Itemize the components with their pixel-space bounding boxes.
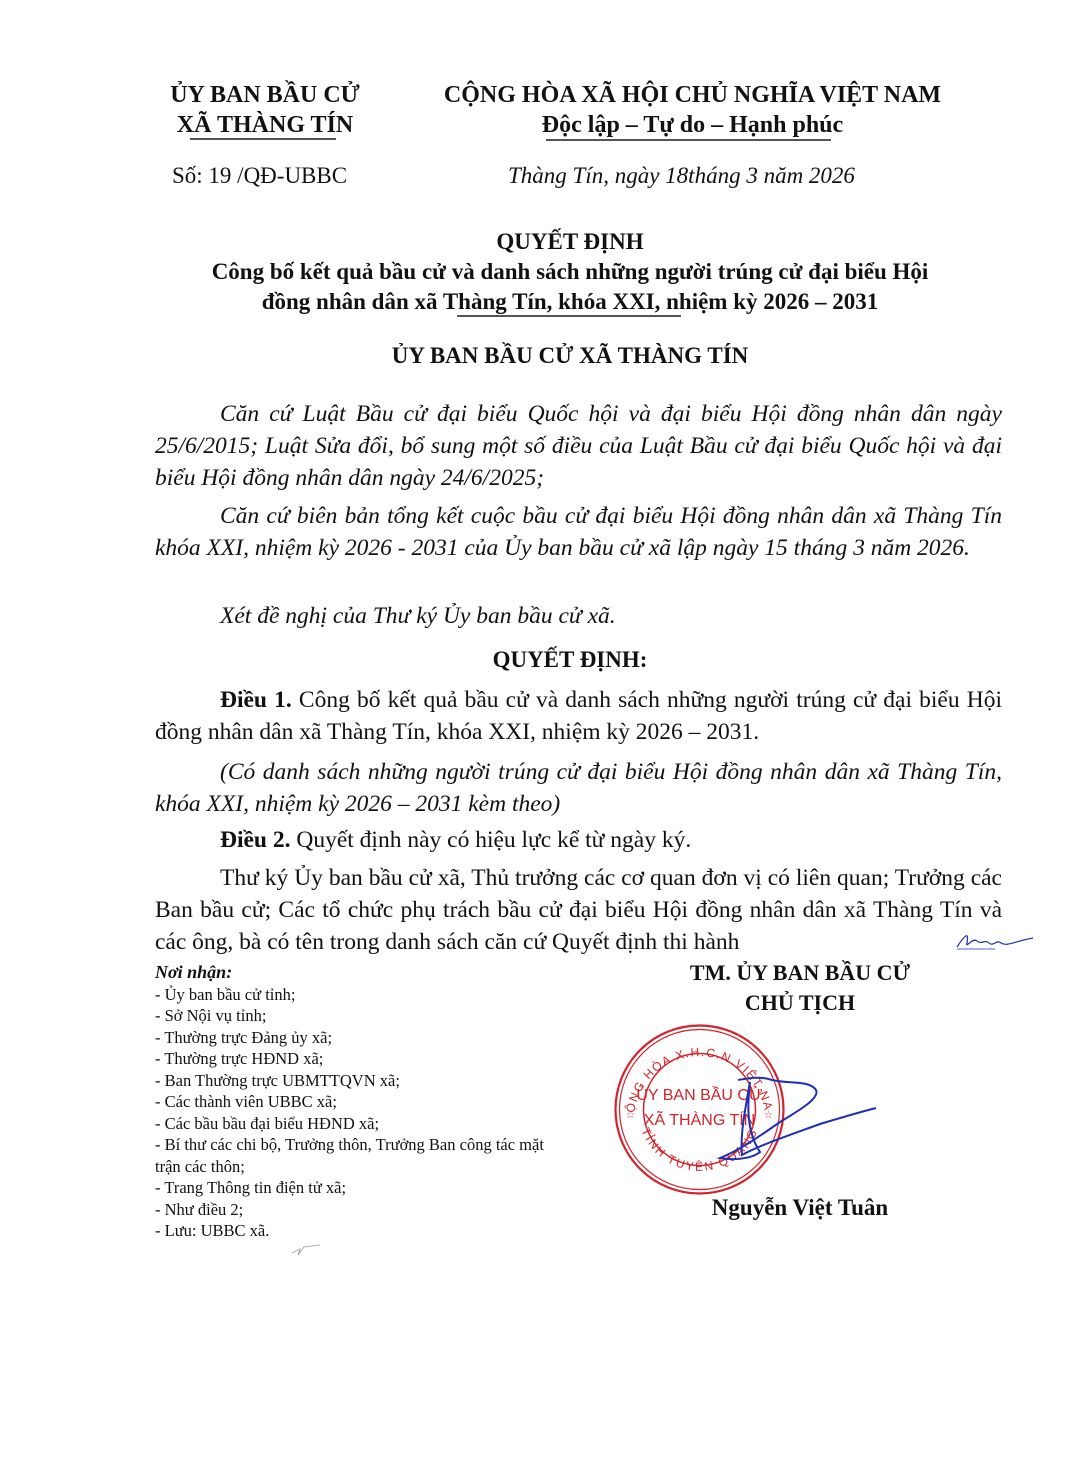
title-underline (457, 315, 681, 317)
handwritten-signature-icon (700, 1040, 900, 1210)
recipients-list: Nơi nhận: - Ủy ban bầu cử tỉnh; - Sở Nội… (155, 962, 585, 1242)
signature-block: TM. ỦY BAN BẦU CỬ CHỦ TỊCH (620, 958, 980, 1018)
nation-title: CỘNG HÒA XÃ HỘI CHỦ NGHĨA VIỆT NAM (400, 80, 985, 110)
recipient-item: - Sở Nội vụ tỉnh; (155, 1005, 585, 1027)
recipient-item: - Các thành viên UBBC xã; (155, 1091, 585, 1113)
recipient-item: - Ban Thường trực UBMTTQVN xã; (155, 1070, 585, 1092)
recipient-item: - Ủy ban bầu cử tỉnh; (155, 984, 585, 1006)
issuer-header: ỦY BAN BẦU CỬ XÃ THÀNG TÍN (140, 80, 390, 140)
article-1: Điều 1. Công bố kết quả bầu cử và danh s… (155, 684, 1002, 748)
document-number: Số: 19 /QĐ-UBBC (172, 163, 347, 189)
on-behalf-label: TM. ỦY BAN BẦU CỬ (620, 958, 980, 988)
article-2-label: Điều 2. (220, 827, 291, 853)
recipient-item: - Thường trực Đảng ủy xã; (155, 1027, 585, 1049)
recipient-item: - Các bầu bầu đại biểu HĐND xã; (155, 1113, 585, 1135)
article-1-note: (Có danh sách những người trúng cử đại b… (155, 756, 1002, 820)
issuer-underline (190, 138, 336, 140)
recipient-item: - Bí thư các chi bộ, Trưởng thôn, Trưởng… (155, 1134, 565, 1177)
recipient-item: - Lưu: UBBC xã. (155, 1220, 585, 1242)
preamble-legal-basis-1: Căn cứ Luật Bầu cử đại biểu Quốc hội và … (155, 398, 1002, 494)
execution-clause: Thư ký Ủy ban bầu cử xã, Thủ trưởng các … (155, 862, 1002, 958)
subject-line-2: đồng nhân dân xã Thàng Tín, khóa XXI, nh… (140, 287, 1000, 317)
national-header: CỘNG HÒA XÃ HỘI CHỦ NGHĨA VIỆT NAM Độc l… (400, 80, 985, 140)
national-motto: Độc lập – Tự do – Hạnh phúc (400, 110, 985, 140)
initials-mark-icon (290, 1243, 330, 1258)
motto-underline (546, 139, 831, 141)
place-date: Thàng Tín, ngày 18tháng 3 năm 2026 (508, 163, 855, 189)
preamble-proposal: Xét đề nghị của Thư ký Ủy ban bầu cử xã. (155, 600, 1002, 632)
decision-heading: QUYẾT ĐỊNH: (140, 647, 1000, 673)
signer-name: Nguyễn Việt Tuân (620, 1195, 980, 1221)
initials-mark-icon (955, 925, 1035, 955)
svg-text:☆: ☆ (626, 1110, 635, 1121)
position-label: CHỦ TỊCH (620, 988, 980, 1018)
document-kind: QUYẾT ĐỊNH (140, 227, 1000, 257)
article-1-label: Điều 1. (220, 687, 292, 713)
recipient-item: - Như điều 2; (155, 1199, 585, 1221)
article-2: Điều 2. Quyết định này có hiệu lực kể từ… (155, 824, 1002, 856)
recipients-heading: Nơi nhận: (155, 962, 585, 984)
subject-line-1: Công bố kết quả bầu cử và danh sách nhữn… (140, 257, 1000, 287)
issuer-line-2: XÃ THÀNG TÍN (140, 110, 390, 140)
preamble-legal-basis-2: Căn cứ biên bản tổng kết cuộc bầu cử đại… (155, 500, 1002, 564)
document-title: QUYẾT ĐỊNH Công bố kết quả bầu cử và dan… (140, 227, 1000, 317)
recipient-item: - Trang Thông tin điện tử xã; (155, 1177, 585, 1199)
article-2-text: Quyết định này có hiệu lực kể từ ngày ký… (291, 827, 692, 853)
recipient-item: - Thường trực HĐND xã; (155, 1048, 585, 1070)
issuer-line-1: ỦY BAN BẦU CỬ (140, 80, 390, 110)
issuing-authority: ỦY BAN BẦU CỬ XÃ THÀNG TÍN (140, 343, 1000, 369)
